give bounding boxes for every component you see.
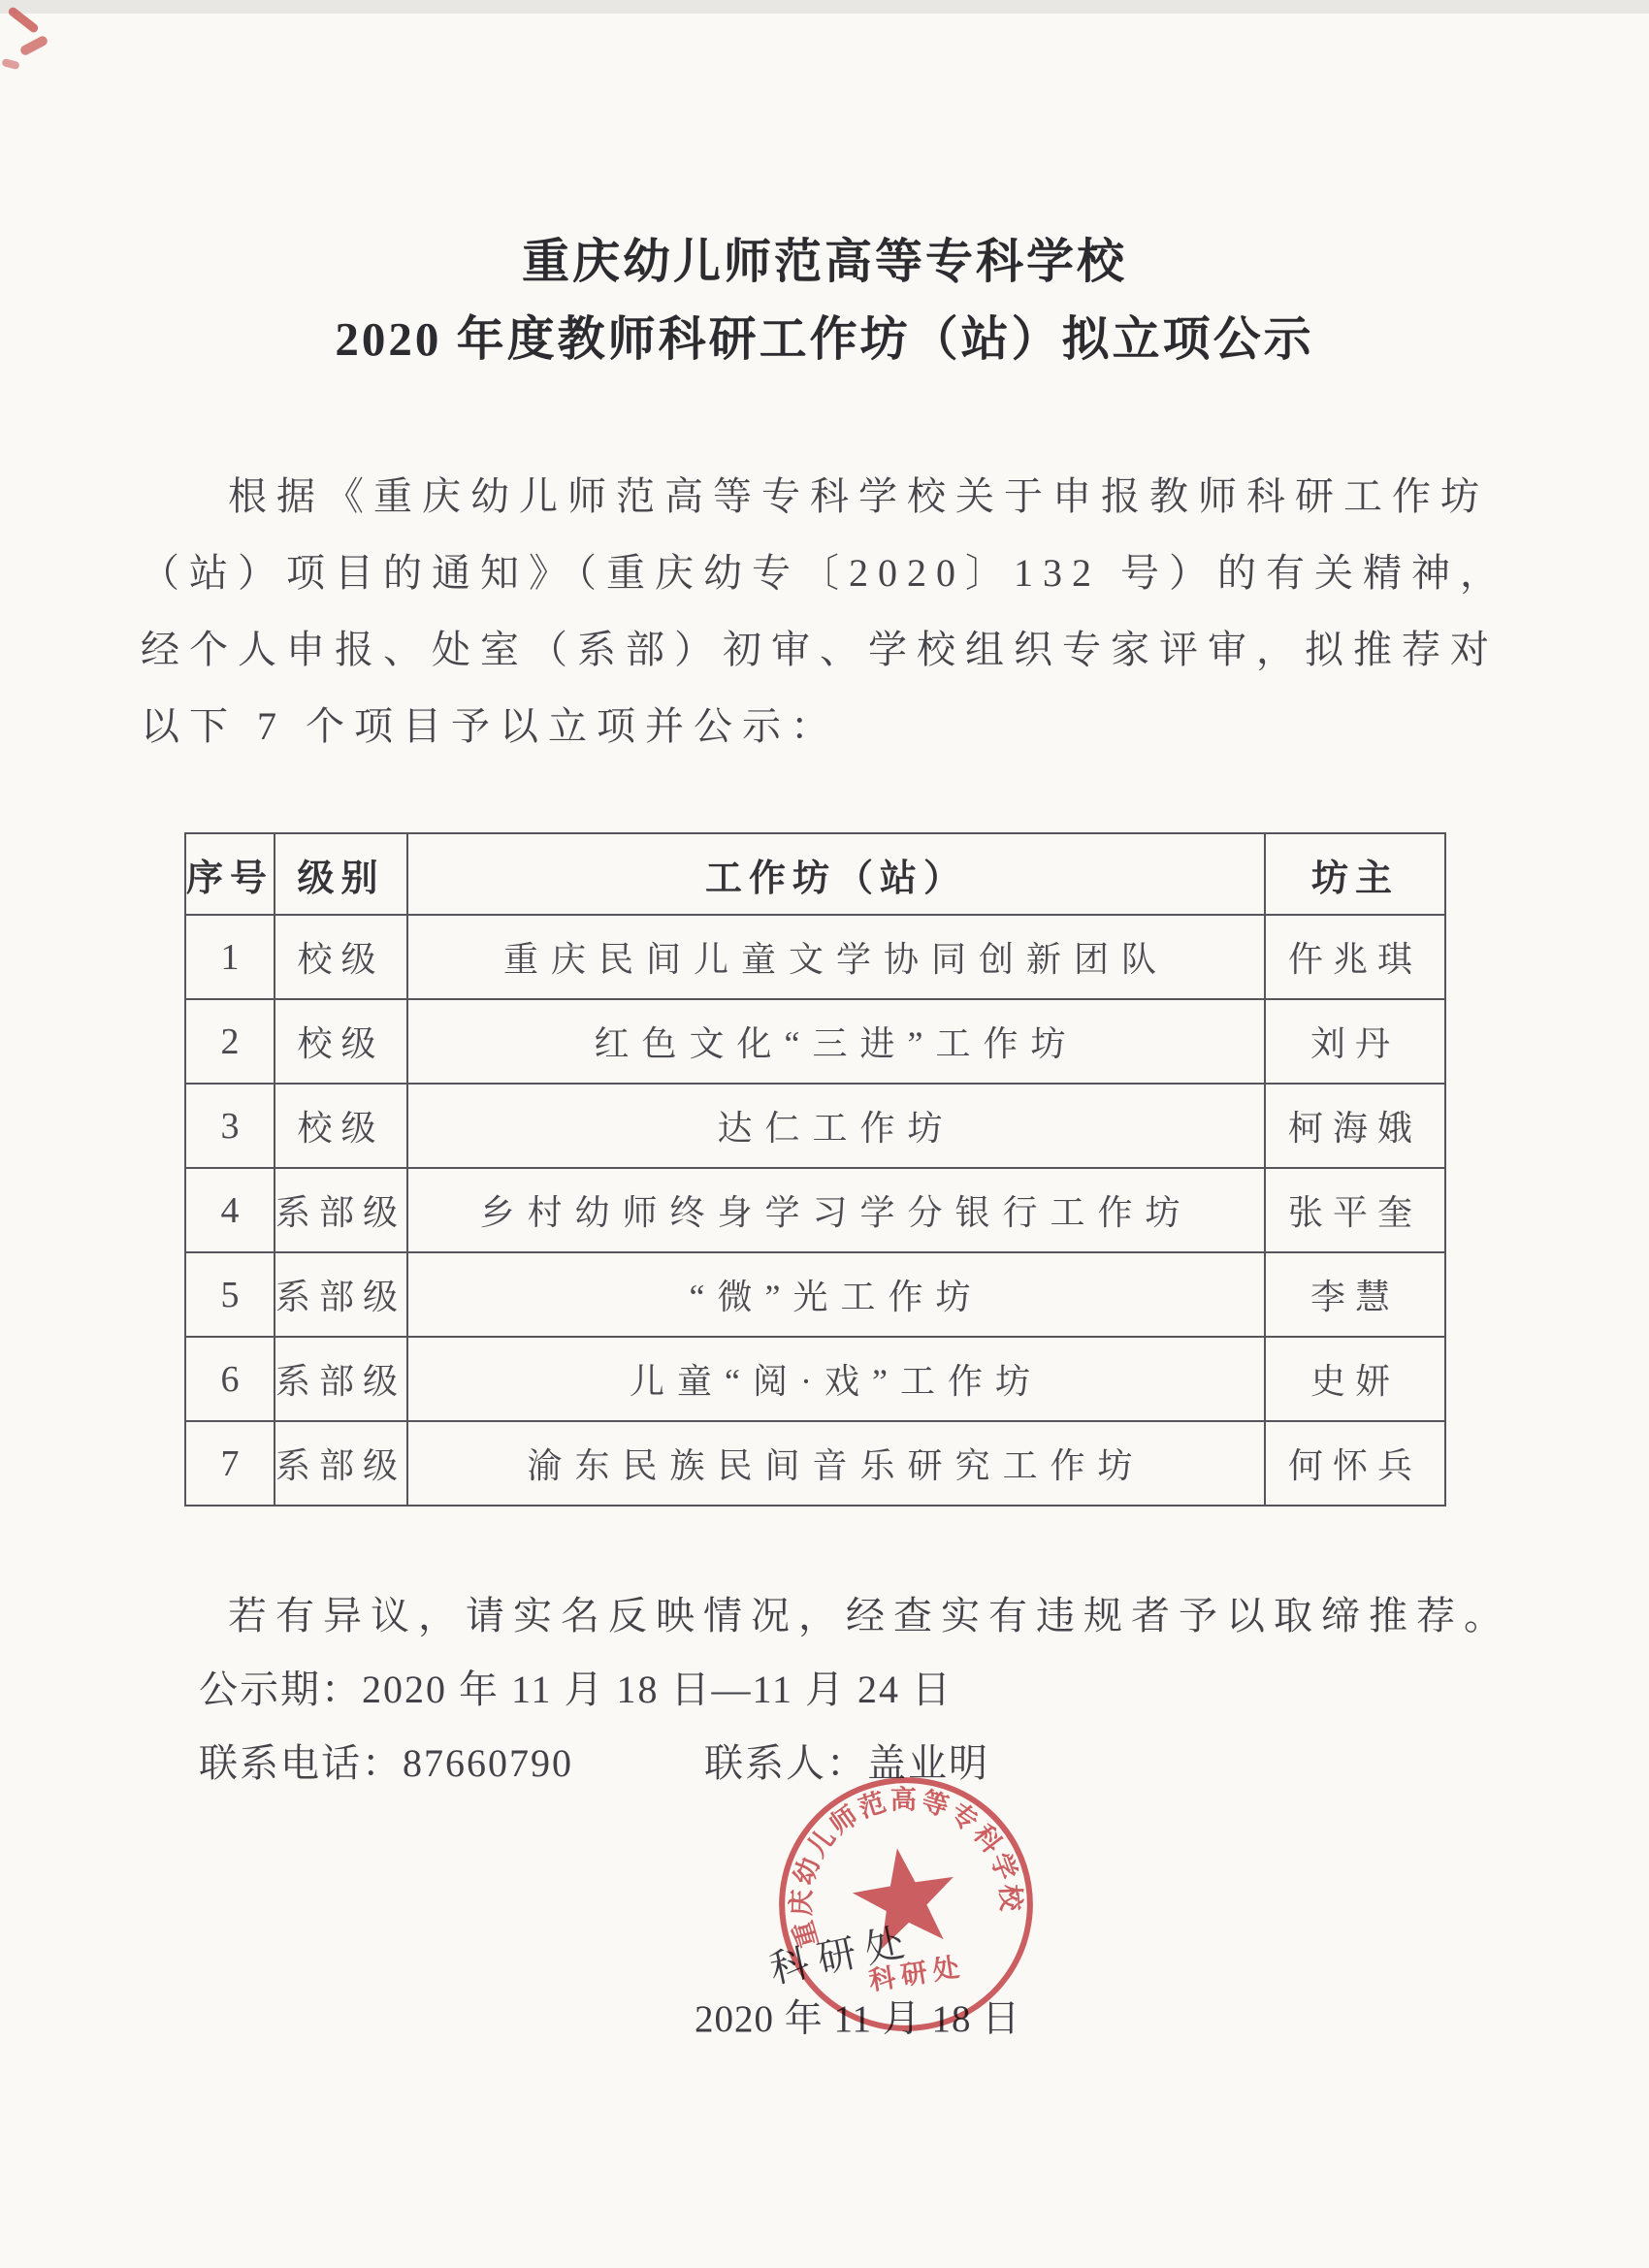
table-row: 1 校级 重庆民间儿童文学协同创新团队 仵兆琪 [185,915,1445,999]
header-level: 级别 [275,833,407,915]
cell-leader: 史妍 [1265,1337,1445,1421]
cell-level: 系部级 [275,1168,407,1252]
title-line-2: 2020 年度教师科研工作坊（站）拟立项公示 [0,301,1649,378]
cell-no: 4 [185,1168,275,1252]
cell-leader: 李慧 [1265,1252,1445,1337]
cell-workshop: 渝东民族民间音乐研究工作坊 [407,1421,1265,1506]
cell-no: 1 [185,915,275,999]
workshops-tbody: 1 校级 重庆民间儿童文学协同创新团队 仵兆琪 2 校级 红色文化“三进”工作坊… [185,915,1445,1506]
scan-edge-band [0,0,1649,14]
cell-no: 7 [185,1421,275,1506]
cell-leader: 张平奎 [1265,1168,1445,1252]
cell-workshop: 红色文化“三进”工作坊 [407,999,1265,1084]
cell-workshop: 重庆民间儿童文学协同创新团队 [407,915,1265,999]
table-header-row: 序号 级别 工作坊（站） 坊主 [185,833,1445,915]
intro-line-3: 经个人申报、处室（系部）初审、学校组织专家评审，拟推荐对 [141,611,1528,688]
cell-no: 5 [185,1252,275,1337]
intro-paragraph: 根据《重庆幼儿师范高等专科学校关于申报教师科研工作坊 （站）项目的通知》（重庆幼… [141,458,1528,764]
header-leader: 坊主 [1265,833,1445,915]
cell-workshop: 达仁工作坊 [407,1084,1265,1168]
cell-no: 6 [185,1337,275,1421]
table-row: 7 系部级 渝东民族民间音乐研究工作坊 何怀兵 [185,1421,1445,1506]
cell-level: 校级 [275,999,407,1084]
workshops-table: 序号 级别 工作坊（站） 坊主 1 校级 重庆民间儿童文学协同创新团队 仵兆琪 … [184,832,1446,1507]
cell-leader: 刘丹 [1265,999,1445,1084]
title-line-1: 重庆幼儿师范高等专科学校 [0,223,1649,301]
cell-no: 3 [185,1084,275,1168]
document-title: 重庆幼儿师范高等专科学校 2020 年度教师科研工作坊（站）拟立项公示 [0,223,1649,378]
intro-line-4: 以下 7 个项目予以立项并公示： [141,688,1528,764]
cell-level: 校级 [275,1084,407,1168]
contact-phone-label: 联系电话： [199,1741,403,1785]
star-icon [847,1840,963,1952]
cell-workshop: 儿童“阅·戏”工作坊 [407,1337,1265,1421]
scan-artifact [1,58,19,70]
table-row: 2 校级 红色文化“三进”工作坊 刘丹 [185,999,1445,1084]
cell-leader: 仵兆琪 [1265,915,1445,999]
objection-line: 若有异议，请实名反映情况，经查实有违规者予以取缔推荐。 [141,1579,1537,1653]
scanned-document-page: 重庆幼儿师范高等专科学校 2020 年度教师科研工作坊（站）拟立项公示 根据《重… [0,0,1649,2268]
seal-center-text: 科研处 [867,1952,967,1995]
scan-artifact [18,35,48,57]
cell-level: 系部级 [275,1337,407,1421]
cell-workshop: 乡村幼师终身学习学分银行工作坊 [407,1168,1265,1252]
header-no: 序号 [185,833,275,915]
header-workshop: 工作坊（站） [407,833,1265,915]
publicity-period-line: 公示期：2020 年 11 月 18 日—11 月 24 日 [141,1653,1537,1727]
contact-phone-number: 87660790 [403,1741,573,1785]
intro-line-2: （站）项目的通知》（重庆幼专〔2020〕132 号）的有关精神， [141,535,1528,611]
intro-line-1: 根据《重庆幼儿师范高等专科学校关于申报教师科研工作坊 [141,458,1528,535]
cell-leader: 何怀兵 [1265,1421,1445,1506]
cell-level: 系部级 [275,1252,407,1337]
table-row: 6 系部级 儿童“阅·戏”工作坊 史妍 [185,1337,1445,1421]
cell-no: 2 [185,999,275,1084]
table-row: 4 系部级 乡村幼师终身学习学分银行工作坊 张平奎 [185,1168,1445,1252]
cell-level: 校级 [275,915,407,999]
table-row: 3 校级 达仁工作坊 柯海娥 [185,1084,1445,1168]
table-row: 5 系部级 “微”光工作坊 李慧 [185,1252,1445,1337]
cell-workshop: “微”光工作坊 [407,1252,1265,1337]
official-seal: 重庆幼儿师范高等专科学校 科研处 [738,1736,1074,2072]
cell-leader: 柯海娥 [1265,1084,1445,1168]
cell-level: 系部级 [275,1421,407,1506]
